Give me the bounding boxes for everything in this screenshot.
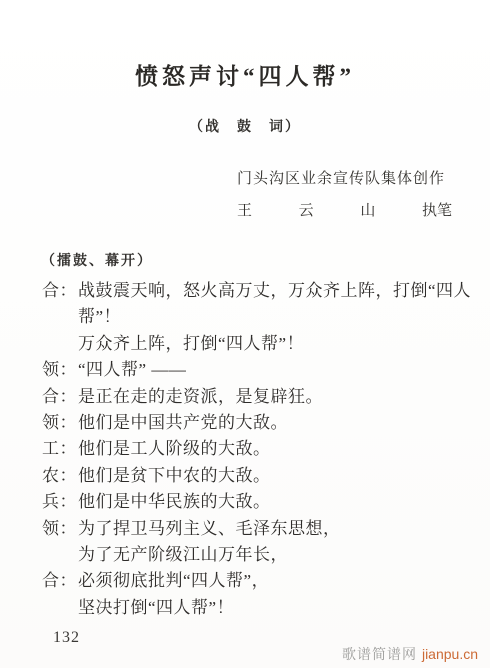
dialog-line: 工： 他们是工人阶级的大敌。: [42, 434, 482, 460]
dialog-line: 为了无产阶级江山万年长，: [42, 540, 482, 566]
dialog-line: 农： 他们是贫下中农的大敌。: [42, 461, 482, 487]
dialog-line: 领： “四人帮” ——: [42, 355, 482, 381]
speaker-label: 合：: [42, 382, 78, 407]
page-number: 132: [53, 629, 80, 647]
dialog-line: 坚决打倒“四人帮”！: [42, 593, 482, 619]
byline: 门头沟区业余宣传队集体创作 王 云 山 执笔: [237, 167, 452, 220]
dialog-body: 合： 战鼓震天响，怒火高万丈，万众齐上阵，打倒“四人 帮”！ 万众齐上阵，打倒“…: [42, 276, 482, 619]
writer-name-part: 山: [360, 199, 375, 220]
writer-name-part: 王: [237, 199, 252, 220]
scanned-document-page: 愤怒声讨“四人帮” （战 鼓 词） 门头沟区业余宣传队集体创作 王 云 山 执笔…: [0, 0, 490, 668]
dialog-text: 坚决打倒“四人帮”！: [78, 593, 482, 618]
dialog-line: 领： 为了捍卫马列主义、毛泽东思想，: [42, 514, 482, 540]
dialog-text: 他们是中国共产党的大敌。: [78, 408, 482, 433]
dialog-line: 领： 他们是中国共产党的大敌。: [42, 408, 482, 434]
speaker-label: 兵：: [42, 487, 78, 512]
speaker-label: 合：: [42, 566, 78, 591]
dialog-line: 合： 是正在走的走资派，是复辟狂。: [42, 382, 482, 408]
speaker-label: 合：: [42, 276, 78, 301]
dialog-text: 他们是中华民族的大敌。: [78, 487, 482, 512]
watermark: 歌谱简谱网jianpu.cn: [342, 644, 478, 664]
dialog-text: 是正在走的走资派，是复辟狂。: [78, 382, 482, 407]
dialog-text: 帮”！: [78, 302, 482, 327]
dialog-line: 兵： 他们是中华民族的大敌。: [42, 487, 482, 513]
subtitle-genre: （战 鼓 词）: [0, 116, 490, 136]
dialog-line: 帮”！: [42, 302, 482, 328]
page-title: 愤怒声讨“四人帮”: [0, 58, 490, 91]
stage-direction: （擂鼓、幕开）: [41, 250, 153, 270]
dialog-text: 他们是贫下中农的大敌。: [78, 461, 482, 486]
byline-credit: 门头沟区业余宣传队集体创作: [237, 167, 452, 188]
dialog-text: 为了捍卫马列主义、毛泽东思想，: [78, 514, 482, 539]
speaker-label: 农：: [42, 461, 78, 486]
dialog-text: 战鼓震天响，怒火高万丈，万众齐上阵，打倒“四人: [78, 276, 482, 301]
speaker-label: 领：: [42, 514, 78, 539]
dialog-line: 万众齐上阵，打倒“四人帮”！: [42, 329, 482, 355]
speaker-label: 领：: [42, 408, 78, 433]
writer-name-part: 云: [299, 199, 314, 220]
watermark-site-name: 歌谱简谱网: [342, 646, 417, 662]
dialog-text: 万众齐上阵，打倒“四人帮”！: [78, 329, 482, 354]
watermark-domain: jianpu.cn: [422, 646, 478, 662]
byline-writer: 王 云 山 执笔: [237, 199, 452, 220]
dialog-line: 合： 战鼓震天响，怒火高万丈，万众齐上阵，打倒“四人: [42, 276, 482, 302]
speaker-label: 工：: [42, 434, 78, 459]
dialog-text: 他们是工人阶级的大敌。: [78, 434, 482, 459]
dialog-line: 合： 必须彻底批判“四人帮”，: [42, 566, 482, 592]
writer-role: 执笔: [422, 199, 452, 220]
speaker-label: 领：: [42, 355, 78, 380]
dialog-text: “四人帮” ——: [78, 355, 482, 380]
dialog-text: 为了无产阶级江山万年长，: [78, 540, 482, 565]
dialog-text: 必须彻底批判“四人帮”，: [78, 566, 482, 591]
